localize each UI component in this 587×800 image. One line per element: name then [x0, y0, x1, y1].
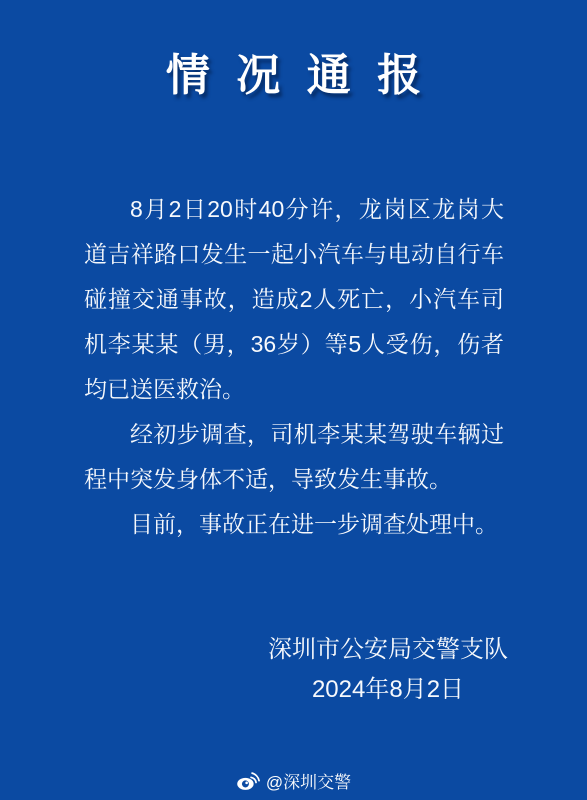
- notice-title: 情况通报: [0, 50, 587, 102]
- weibo-icon: [236, 770, 260, 791]
- body-line: 程中突发身体不适，导致发生事故。: [84, 457, 504, 502]
- body-line: 经初步调查，司机李某某驾驶车辆过: [84, 412, 504, 457]
- body-line: 8月2日20时40分许，龙岗区龙岗大: [84, 187, 504, 232]
- body-line: 均已送医救治。: [84, 367, 504, 412]
- signature-block: 深圳市公安局交警支队 2024年8月2日: [268, 630, 508, 710]
- watermark: @深圳交警: [0, 768, 587, 793]
- body-line: 道吉祥路口发生一起小汽车与电动自行车: [84, 232, 504, 277]
- body-line: 目前，事故正在进一步调查处理中。: [84, 502, 504, 547]
- notice-body: 8月2日20时40分许，龙岗区龙岗大 道吉祥路口发生一起小汽车与电动自行车 碰撞…: [84, 187, 504, 547]
- body-line: 碰撞交通事故，造成2人死亡，小汽车司: [84, 277, 504, 322]
- notice-image: 情况通报 8月2日20时40分许，龙岗区龙岗大 道吉祥路口发生一起小汽车与电动自…: [0, 0, 587, 800]
- weibo-account: @深圳交警: [266, 768, 351, 793]
- body-line: 机李某某（男，36岁）等5人受伤，伤者: [84, 322, 504, 367]
- agency-signature: 深圳市公安局交警支队: [268, 630, 508, 670]
- notice-date: 2024年8月2日: [268, 670, 508, 710]
